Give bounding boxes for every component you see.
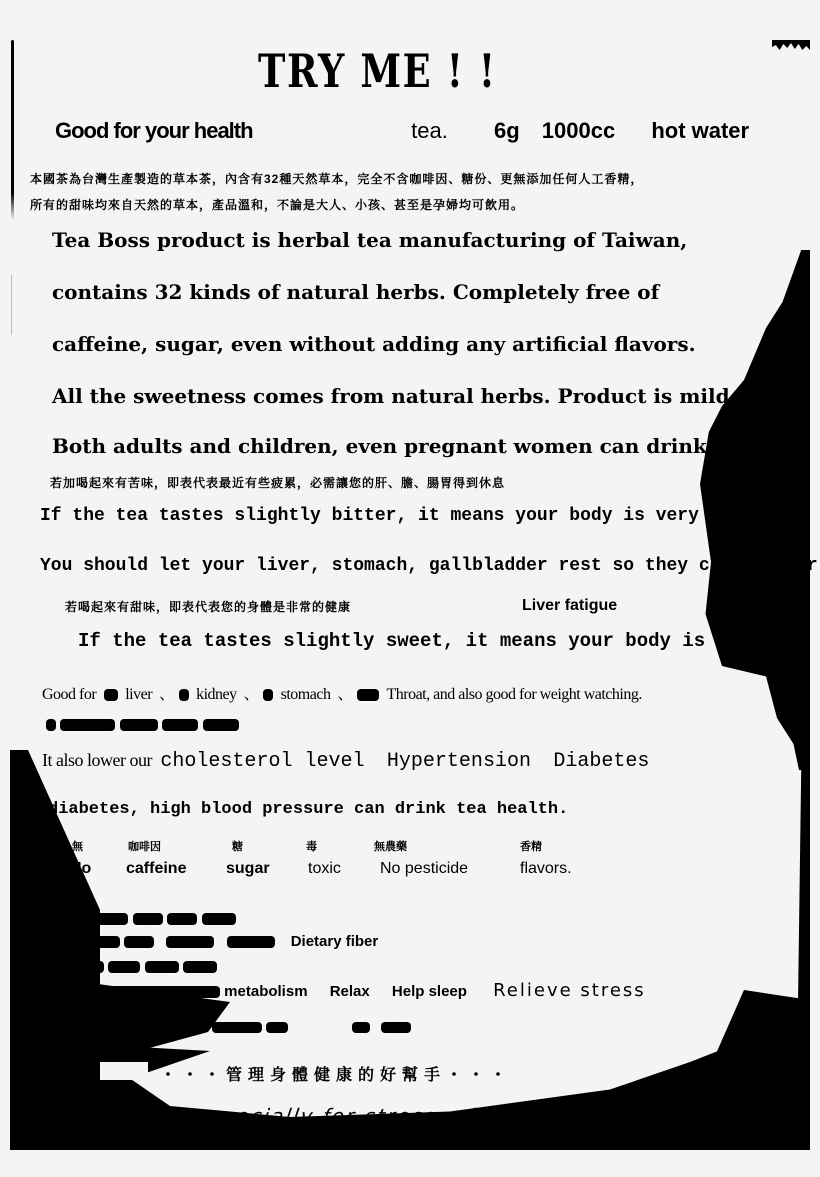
ink-blot-bottom — [10, 1040, 810, 1150]
good-for-prefix: Good for — [42, 686, 96, 703]
benefit-metabolism: metabolism — [224, 983, 307, 1000]
benefit-relax: Relax — [330, 983, 370, 1000]
page-edge-left-faint — [11, 275, 12, 335]
white-patch — [100, 1062, 148, 1080]
paragraph-line-5: Both adults and children, even pregnant … — [52, 434, 714, 458]
ink-smudge — [263, 689, 273, 701]
nutrients-dietary-fiber: Dietary fiber — [291, 933, 379, 950]
chinese-intro-2: 所有的甜味均來自天然的草本，產品溫和，不論是大人、小孩、甚至是孕婦均可飲用。 — [30, 196, 524, 213]
chinese-sweet: 若喝起來有甜味，即表代表您的身體是非常的健康 — [65, 598, 351, 615]
good-for-liver: liver — [125, 686, 152, 703]
paragraph-line-1: Tea Boss product is herbal tea manufactu… — [52, 228, 687, 252]
redacted-benefits-zh — [80, 958, 217, 976]
paragraph-line-3: caffeine, sugar, even without adding any… — [52, 332, 696, 356]
ink-smudge — [357, 689, 379, 701]
good-for-line: Good for liver 、 kidney 、 stomach 、 Thro… — [42, 681, 642, 704]
lower-prefix: It also lower our — [42, 750, 152, 770]
bitter-line: If the tea tastes slightly bitter, it me… — [40, 506, 775, 526]
drink-line — [110, 1018, 411, 1034]
redacted-nutrients-zh — [78, 910, 236, 928]
ink-smudge — [104, 689, 118, 701]
good-for-stomach: stomach — [281, 686, 331, 703]
redacted-chinese-line — [46, 716, 239, 734]
benefit-relieve-stress: Relieve stress — [493, 980, 646, 1001]
lower-cholesterol: cholesterol level — [160, 750, 364, 773]
liver-fatigue: Liver fatigue — [522, 597, 617, 615]
scanned-document: TRY ME ! ! Good for your health tea. 6g … — [0, 0, 820, 1177]
lower-diabetes: Diabetes — [553, 750, 649, 773]
liver-line: You should let your liver, stomach, gall… — [40, 556, 820, 576]
subtitle-tea: tea. — [411, 118, 448, 143]
sweet-line: If the tea tastes slightly sweet, it mea… — [78, 630, 808, 652]
good-for-kidney: kidney — [196, 686, 237, 703]
paragraph-line-4: All the sweetness comes from natural her… — [52, 384, 737, 408]
subtitle-volume: 1000cc — [542, 118, 615, 143]
subtitle-water: hot water — [651, 118, 749, 143]
paragraph-line-2: contains 32 kinds of natural herbs. Comp… — [52, 280, 659, 304]
subtitle-dose: 6g — [494, 118, 520, 143]
chinese-footer: ・・・管理身體健康的好幫手・・・ — [160, 1062, 512, 1085]
footer-script: especially for stress relief and — [193, 1104, 561, 1128]
ink-smudge — [179, 689, 189, 701]
subtitle-lead: Good for your health — [55, 118, 405, 144]
benefits-line: metabolism Relax Help sleep Relieve stre… — [90, 980, 646, 1001]
diabetes-line: diabetes, high blood pressure can drink … — [48, 800, 568, 819]
page-title: TRY ME ! ! — [258, 44, 497, 98]
chinese-bitter: 若加喝起來有苦味，即表代表最近有些疲累，必需讓您的肝、膽、腸胃得到休息 — [50, 474, 505, 491]
lower-line: It also lower our cholesterol level Hype… — [42, 750, 649, 773]
chinese-intro-1: 本國茶為台灣生產製造的草本茶，內含有32種天然草本，完全不含咖啡因、糖份、更無添… — [30, 170, 643, 187]
benefit-help-sleep: Help sleep — [392, 983, 467, 1000]
page-edge-left — [11, 40, 14, 220]
lower-hypertension: Hypertension — [387, 750, 531, 773]
ink-speck-top-right — [772, 40, 810, 50]
good-for-suffix: and also good for weight watching. — [433, 686, 642, 703]
good-for-throat: Throat — [386, 686, 426, 703]
nutrients-line: Dietary fiber — [70, 933, 378, 950]
subtitle-line: Good for your health tea. 6g 1000cc hot … — [55, 118, 749, 144]
